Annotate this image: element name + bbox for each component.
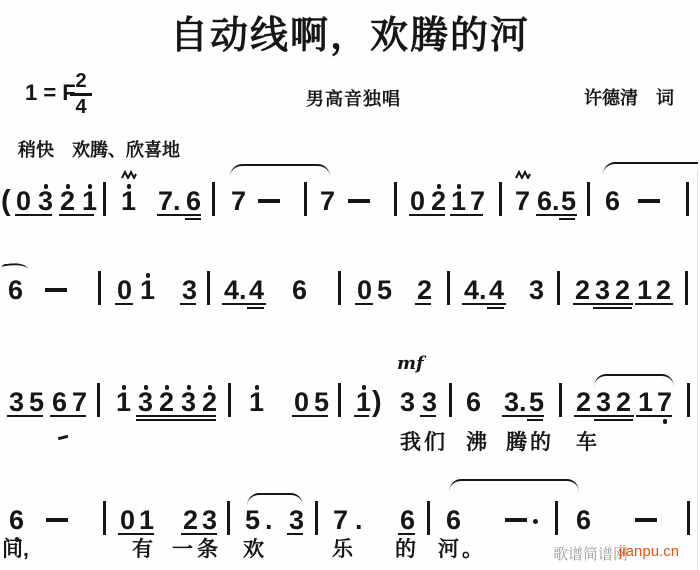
note-text: 1 xyxy=(451,187,466,215)
note: 1 xyxy=(451,187,466,215)
barline xyxy=(587,182,590,216)
tie-slur-arc xyxy=(449,479,579,494)
note: 6 xyxy=(8,276,23,304)
lyric-char: 沸 xyxy=(466,431,487,455)
note: 0 xyxy=(16,187,31,215)
note: 7 xyxy=(470,187,485,215)
rhythm-underline xyxy=(7,415,43,417)
note-text: 3 xyxy=(422,388,437,416)
note: 6 xyxy=(186,187,201,215)
barline xyxy=(687,501,690,535)
parenthesis-text: ( xyxy=(1,187,11,215)
note: 7 xyxy=(72,388,87,416)
rhythm-underline xyxy=(50,415,86,417)
rhythm-underline xyxy=(573,303,633,305)
note-text: 2 xyxy=(575,276,590,304)
barline xyxy=(685,271,688,305)
note: 7 xyxy=(320,187,335,215)
note-text: 7 xyxy=(333,506,348,534)
rhythm-underline xyxy=(180,303,196,305)
rhythm-underline xyxy=(574,415,634,417)
barline xyxy=(103,501,106,535)
octave-dot-high xyxy=(66,184,71,189)
song-title: 自动线啊，欢腾的河 xyxy=(0,4,700,59)
rhythm-underline-second xyxy=(185,218,201,220)
lyric-char: 欢 xyxy=(243,538,264,562)
note-text: 1 xyxy=(638,388,653,416)
barline xyxy=(338,271,341,305)
sheet-music-page: 自动线啊，欢腾的河 1 = F 2 4 男高音独唱 许德清 词 稍快 欢腾、欣喜… xyxy=(0,0,700,570)
note: 6 xyxy=(605,187,620,215)
note: 2 xyxy=(431,187,446,215)
note-text: 3 xyxy=(182,276,197,304)
barline xyxy=(98,271,101,305)
note-text: 4. xyxy=(464,276,487,304)
note: 2 xyxy=(159,388,174,416)
dynamic-marking-text: mf xyxy=(397,353,424,374)
note: 3 xyxy=(38,187,53,215)
note: 3. xyxy=(504,388,527,416)
rhythm-underline xyxy=(287,533,303,535)
octave-dot-high xyxy=(457,184,462,189)
duration-dash xyxy=(635,518,657,522)
lyric-char: 间, xyxy=(2,538,29,562)
tie-continuation-arc xyxy=(2,262,29,275)
note: 5 xyxy=(377,276,392,304)
lyric-char-text: 间, xyxy=(2,538,29,561)
note-text: 6 xyxy=(52,388,67,416)
note: 7 xyxy=(657,388,672,416)
rhythm-underline-second xyxy=(559,218,575,220)
lyric-char: 乐 xyxy=(332,538,353,562)
note-text: 7 xyxy=(72,388,87,416)
note-text: 7 xyxy=(657,388,672,416)
rhythm-underline xyxy=(59,214,94,216)
note-text: 6 xyxy=(605,187,620,215)
note: 5 xyxy=(561,187,576,215)
duration-dash xyxy=(46,518,68,522)
note: 7 xyxy=(231,187,246,215)
tie-slur-arc xyxy=(247,493,303,508)
parenthesis: ) xyxy=(372,388,382,416)
lyric-char-text: 一 xyxy=(172,538,193,561)
note-text: 0 xyxy=(120,506,135,534)
note-text: 6 xyxy=(8,276,23,304)
rhythm-underline xyxy=(157,214,201,216)
barline xyxy=(97,383,100,417)
note: 3 xyxy=(529,276,544,304)
note-text: 5 xyxy=(377,276,392,304)
note-text: 6 xyxy=(466,388,481,416)
watermark-site-url: jianpu.cn xyxy=(619,543,679,560)
note-text: 0 xyxy=(16,187,31,215)
note-text: 3 xyxy=(595,276,610,304)
rhythm-underline xyxy=(292,415,328,417)
barline xyxy=(338,383,341,417)
octave-dot-high xyxy=(144,385,149,390)
barline xyxy=(687,383,690,417)
note-text: 1 xyxy=(139,506,154,534)
note-text: 3 xyxy=(400,388,415,416)
note-text: 2 xyxy=(431,187,446,215)
note: 3 xyxy=(182,276,197,304)
note: 3 xyxy=(202,506,217,534)
note: 3 xyxy=(400,388,415,416)
note-text: 1 xyxy=(121,187,136,215)
time-signature-denominator: 4 xyxy=(69,97,93,118)
lyric-char: 一 xyxy=(172,538,193,562)
note: 0 xyxy=(117,276,132,304)
barline xyxy=(686,182,689,216)
note-text: 2 xyxy=(576,388,591,416)
note: 6 xyxy=(400,506,415,534)
lyric-char: 的 xyxy=(530,431,551,455)
note: . xyxy=(355,506,363,534)
barline xyxy=(304,182,307,216)
note-text: 6 xyxy=(9,506,24,534)
lyric-char: 车 xyxy=(576,431,597,455)
lyric-char: 的 xyxy=(395,538,416,562)
rhythm-underline xyxy=(136,415,216,417)
watermark-site-name: 歌谱简谱网 xyxy=(553,543,628,564)
note: 3 xyxy=(422,388,437,416)
note-text: 1 xyxy=(356,388,371,416)
note-text: 6 xyxy=(186,187,201,215)
note-text: 1 xyxy=(116,388,131,416)
barline xyxy=(447,271,450,305)
lyric-char-text: 乐 xyxy=(332,538,353,561)
note-text: 7 xyxy=(320,187,335,215)
rhythm-underline xyxy=(354,415,369,417)
note: 1 xyxy=(139,506,154,534)
mordent-icon xyxy=(515,170,531,179)
note-text: 3 xyxy=(202,506,217,534)
octave-dot-high xyxy=(208,385,213,390)
mordent-zigzag xyxy=(121,170,137,179)
lyric-char-text: 腾 xyxy=(506,431,527,454)
note-text: 6 xyxy=(292,276,307,304)
lyric-char: 腾 xyxy=(506,431,527,455)
rhythm-underline-second xyxy=(594,419,633,421)
octave-dot-high xyxy=(44,184,49,189)
note-text: 5 xyxy=(561,187,576,215)
note-text: 2 xyxy=(656,276,671,304)
note: 1 xyxy=(249,388,264,416)
duration-dash xyxy=(45,288,67,292)
note-text: 3 xyxy=(596,388,611,416)
note: 0 xyxy=(357,276,372,304)
lyric-char: 。 xyxy=(462,538,483,562)
barline xyxy=(394,182,397,216)
note-text: 3 xyxy=(289,506,304,534)
note: 3 xyxy=(9,388,24,416)
lyric-char: 有 xyxy=(132,538,153,562)
note: 6 xyxy=(446,506,461,534)
note: 6 xyxy=(576,506,591,534)
note-text: . xyxy=(355,506,363,534)
lyric-char-text: 欢 xyxy=(243,538,264,561)
scan-edge-artifact xyxy=(697,170,698,570)
note: 2 xyxy=(417,276,432,304)
rhythm-underline xyxy=(409,214,445,216)
note: 6 xyxy=(9,506,24,534)
note-text: 0 xyxy=(410,187,425,215)
octave-dot-high xyxy=(362,385,367,390)
octave-dot-high xyxy=(88,184,93,189)
barline xyxy=(227,501,230,535)
duration-dash xyxy=(505,518,527,522)
barline xyxy=(212,182,215,216)
note: 0 xyxy=(410,187,425,215)
rhythm-underline xyxy=(536,214,577,216)
note-text: 7 xyxy=(470,187,485,215)
note: 3 xyxy=(596,388,611,416)
note: 2 xyxy=(202,388,217,416)
note: 2 xyxy=(615,276,630,304)
dynamic-marking: mf xyxy=(397,354,424,374)
lyric-char-text: 们 xyxy=(424,431,445,454)
note-text: 7 xyxy=(515,187,530,215)
note: 5 xyxy=(245,506,260,534)
rhythm-underline xyxy=(462,303,506,305)
note-text: 3 xyxy=(181,388,196,416)
note: 6 xyxy=(292,276,307,304)
note-text: 6 xyxy=(576,506,591,534)
rhythm-underline xyxy=(415,303,431,305)
rhythm-underline xyxy=(355,303,373,305)
note-text: 4 xyxy=(489,276,504,304)
mordent-icon xyxy=(121,170,137,179)
octave-dot-high xyxy=(127,184,132,189)
note: 1 xyxy=(637,276,652,304)
rhythm-underline-second xyxy=(593,307,632,309)
note: 3 xyxy=(289,506,304,534)
barline xyxy=(228,383,231,417)
note-text: 5 xyxy=(29,388,44,416)
barline xyxy=(427,501,430,535)
tie-slur-arc xyxy=(603,162,698,177)
time-signature: 2 4 xyxy=(69,71,93,118)
time-signature-numerator: 2 xyxy=(69,71,93,92)
rhythm-underline xyxy=(115,303,133,305)
note: 1 xyxy=(82,187,97,215)
lyric-char-text: 。 xyxy=(462,538,483,561)
rhythm-underline xyxy=(420,415,436,417)
lyric-char: 们 xyxy=(424,431,445,455)
note-text: 4. xyxy=(224,276,247,304)
note: 6. xyxy=(537,187,560,215)
note: 3 xyxy=(181,388,196,416)
stray-ink-mark xyxy=(58,435,68,440)
duration-dash xyxy=(258,199,280,203)
parenthesis: ( xyxy=(1,187,11,215)
note-text: 0 xyxy=(294,388,309,416)
note: 5 xyxy=(314,388,329,416)
octave-dot-low xyxy=(663,419,668,424)
octave-dot-high xyxy=(165,385,170,390)
note: 5 xyxy=(529,388,544,416)
rhythm-underline xyxy=(181,533,217,535)
note-text: 2 xyxy=(417,276,432,304)
note: 3 xyxy=(138,388,153,416)
octave-dot-high xyxy=(437,184,442,189)
note-text: 3 xyxy=(529,276,544,304)
lyric-char-text: 我 xyxy=(400,431,421,454)
note: 0 xyxy=(294,388,309,416)
lyric-char: 河 xyxy=(438,538,459,562)
octave-dot-high xyxy=(255,385,260,390)
tie-slur-arc xyxy=(594,374,674,389)
barline xyxy=(315,501,318,535)
note: 7 xyxy=(333,506,348,534)
note: 4. xyxy=(464,276,487,304)
note: 6 xyxy=(466,388,481,416)
voice-type-label: 男高音独唱 xyxy=(306,85,401,111)
note-text: 4 xyxy=(249,276,264,304)
note: 1 xyxy=(356,388,371,416)
note: . xyxy=(265,506,273,534)
note-text: 6. xyxy=(537,187,560,215)
rhythm-underline xyxy=(15,214,52,216)
note-text: 2 xyxy=(159,388,174,416)
duration-dash xyxy=(348,199,370,203)
note-text: 0 xyxy=(357,276,372,304)
barline xyxy=(499,182,502,216)
lyricist-credit: 许德清 词 xyxy=(584,84,674,110)
tie-slur-arc xyxy=(230,164,330,179)
note-text: 1 xyxy=(82,187,97,215)
note-text: 6 xyxy=(446,506,461,534)
note: 3 xyxy=(595,276,610,304)
note-text: 3 xyxy=(38,187,53,215)
note-text: 2 xyxy=(616,388,631,416)
barline xyxy=(559,383,562,417)
note: 2 xyxy=(60,187,75,215)
note: 2 xyxy=(616,388,631,416)
note: 2 xyxy=(576,388,591,416)
note-text: 1 xyxy=(637,276,652,304)
lyric-char-text: 有 xyxy=(132,538,153,561)
duration-dash xyxy=(638,199,660,203)
lyric-char-text: 沸 xyxy=(466,431,487,454)
note: 2 xyxy=(183,506,198,534)
barline xyxy=(103,182,106,216)
lyric-char: 我 xyxy=(400,431,421,455)
rhythm-underline xyxy=(222,303,266,305)
note-text: 5 xyxy=(529,388,544,416)
note-text: 7 xyxy=(231,187,246,215)
note: 5 xyxy=(29,388,44,416)
note: 4 xyxy=(489,276,504,304)
rhythm-underline xyxy=(118,533,154,535)
rhythm-underline-second xyxy=(527,419,543,421)
note-text: 3. xyxy=(504,388,527,416)
note: 7. xyxy=(158,187,181,215)
augmentation-dot xyxy=(533,519,538,524)
lyric-char-text: 条 xyxy=(197,538,218,561)
note-text: 3 xyxy=(138,388,153,416)
note-text: 6 xyxy=(400,506,415,534)
rhythm-underline-second xyxy=(136,419,216,421)
barline xyxy=(557,271,560,305)
rhythm-underline-second xyxy=(247,307,264,309)
note-text: 1 xyxy=(140,276,155,304)
octave-dot-high xyxy=(122,385,127,390)
note-text: 1 xyxy=(249,388,264,416)
mordent-zigzag xyxy=(515,170,531,179)
lyric-char-text: 车 xyxy=(576,431,597,454)
lyric-char: 条 xyxy=(197,538,218,562)
rhythm-underline xyxy=(502,415,544,417)
note: 6 xyxy=(52,388,67,416)
rhythm-underline xyxy=(636,415,672,417)
note-text: 2 xyxy=(615,276,630,304)
rhythm-underline xyxy=(398,533,415,535)
note: 2 xyxy=(656,276,671,304)
rhythm-underline xyxy=(450,214,483,216)
note: 0 xyxy=(120,506,135,534)
barline xyxy=(555,501,558,535)
note: 7 xyxy=(515,187,530,215)
note-text: 2 xyxy=(202,388,217,416)
note: 4. xyxy=(224,276,247,304)
note-text: 3 xyxy=(9,388,24,416)
octave-dot-high xyxy=(146,273,151,278)
tempo-marking: 稍快 欢腾、欣喜地 xyxy=(18,136,180,162)
lyric-char-text: 河 xyxy=(438,538,459,561)
note: 1 xyxy=(140,276,155,304)
parenthesis-text: ) xyxy=(372,388,382,416)
lyric-char-text: 的 xyxy=(395,538,416,561)
rhythm-underline-second xyxy=(487,307,504,309)
note-text: 7. xyxy=(158,187,181,215)
note: 2 xyxy=(575,276,590,304)
note: 1 xyxy=(638,388,653,416)
note: 4 xyxy=(249,276,264,304)
rhythm-underline xyxy=(635,303,673,305)
note-text: 0 xyxy=(117,276,132,304)
note-text: 5 xyxy=(245,506,260,534)
note: 1 xyxy=(121,187,136,215)
note-text: . xyxy=(265,506,273,534)
note-text: 5 xyxy=(314,388,329,416)
note-text: 2 xyxy=(183,506,198,534)
barline xyxy=(449,383,452,417)
lyric-char-text: 的 xyxy=(530,431,551,454)
note-text: 2 xyxy=(60,187,75,215)
barline xyxy=(207,271,210,305)
note: 1 xyxy=(116,388,131,416)
octave-dot-high xyxy=(187,385,192,390)
